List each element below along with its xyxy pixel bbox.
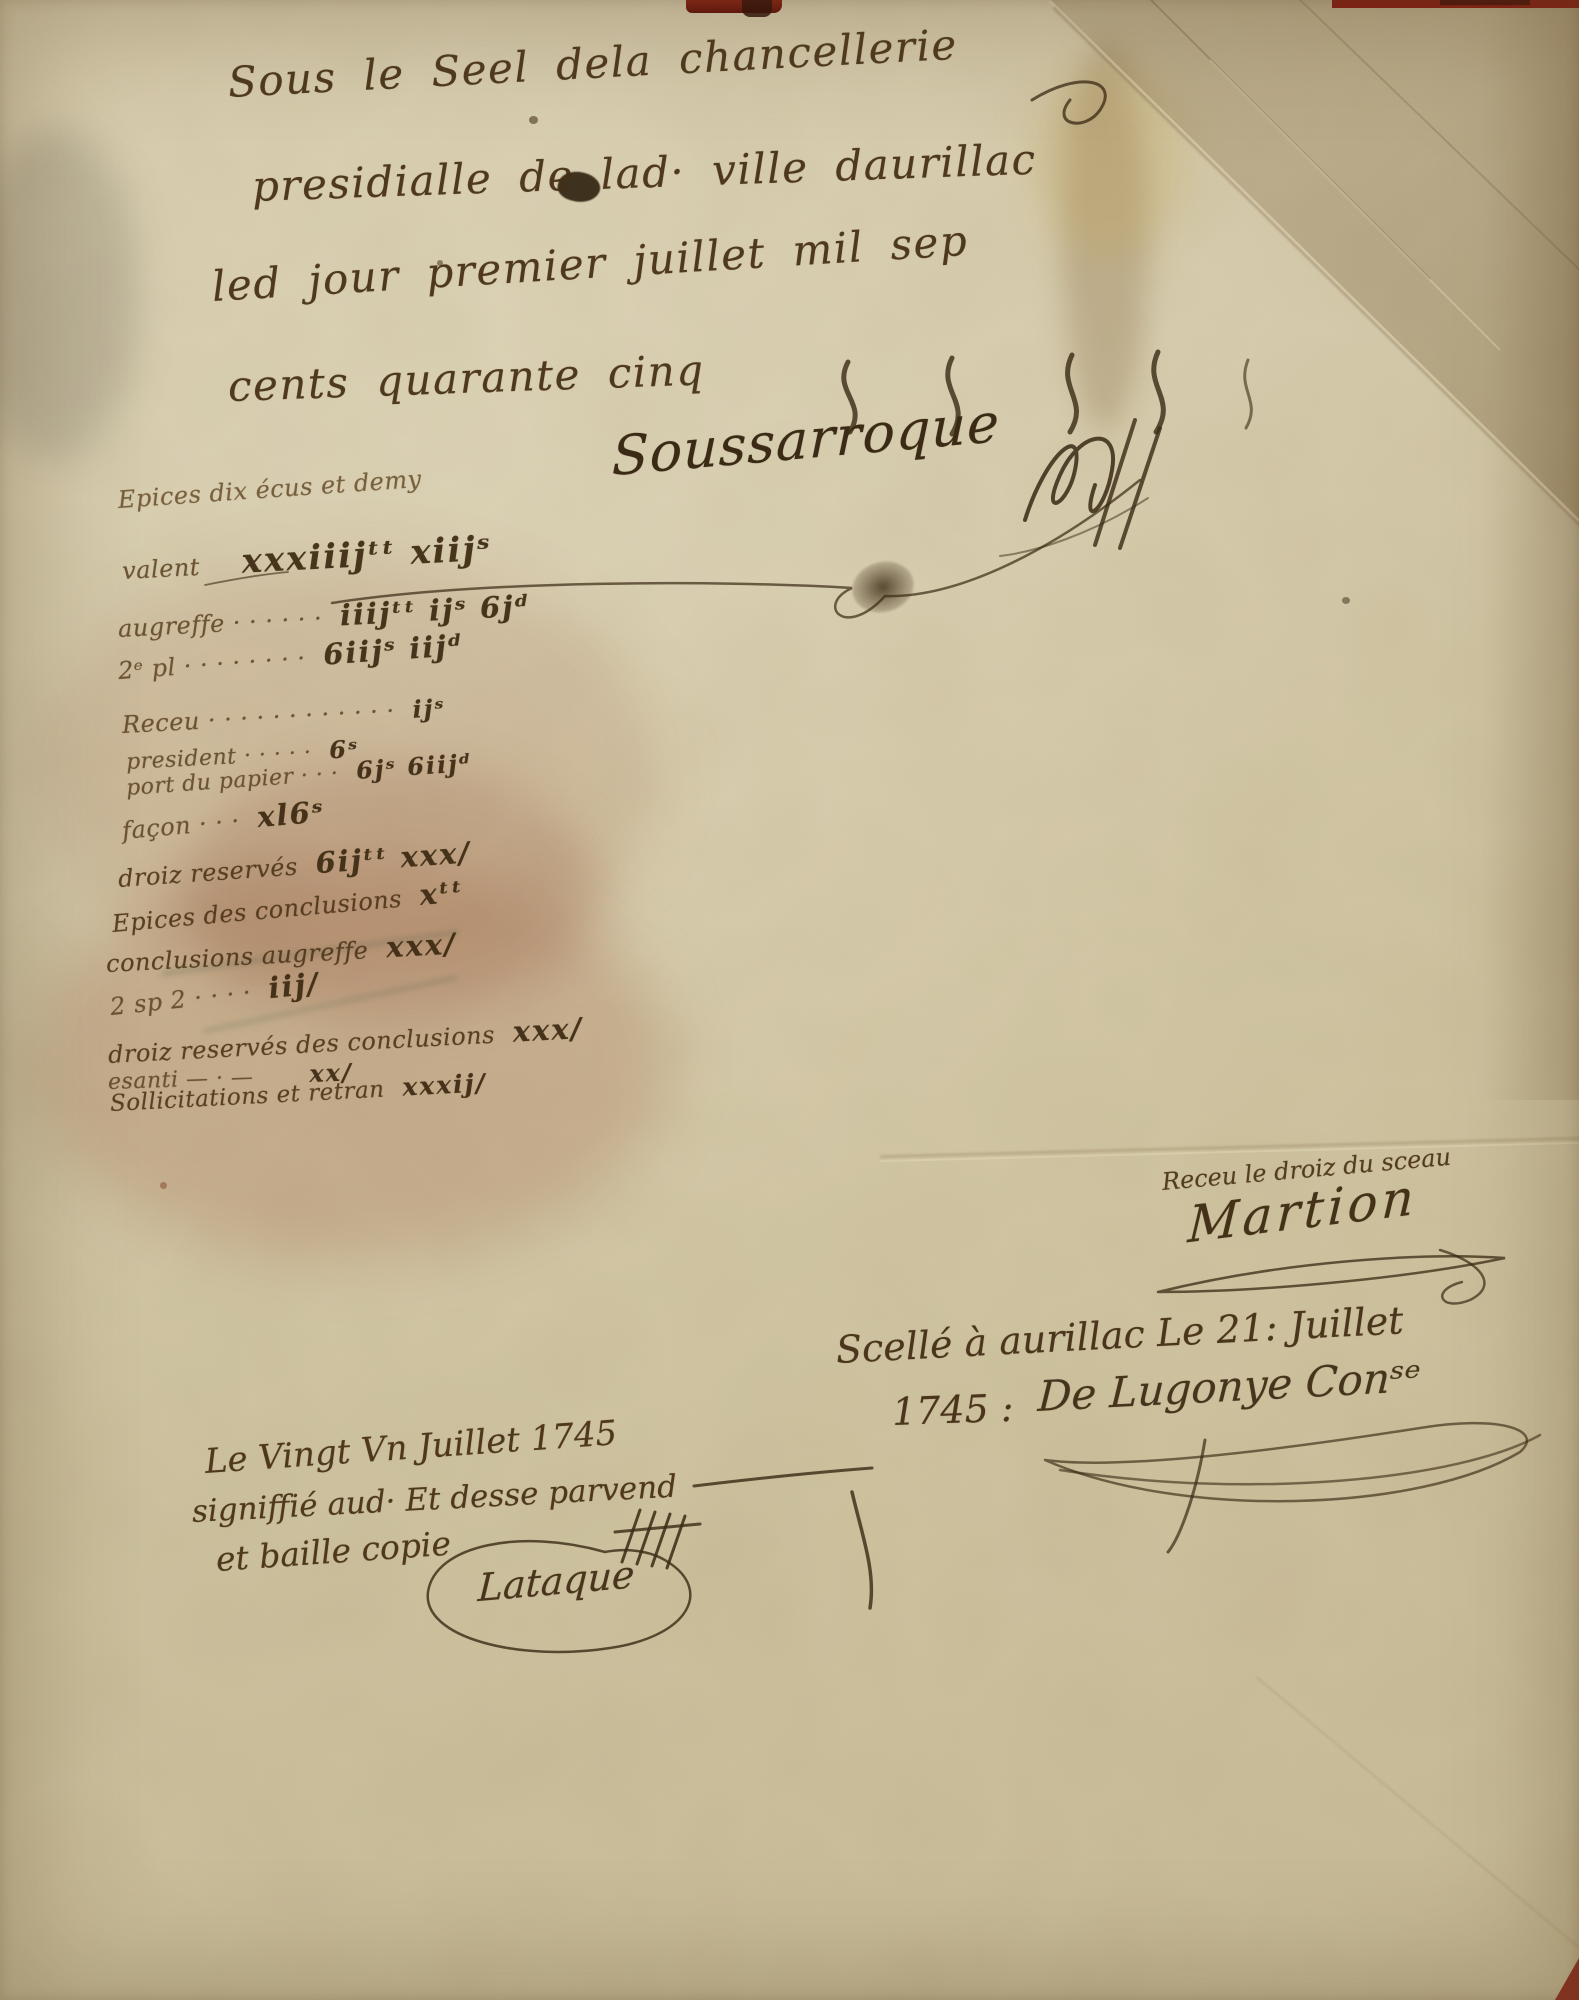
right-edge-shade <box>1480 0 1579 1100</box>
fee-row: augreffe · · · · · ·iiijᵗᵗ ijˢ 6jᵈ <box>117 588 532 644</box>
fold-crease <box>1209 59 1500 350</box>
fee-value: xxx/ <box>385 927 457 965</box>
parchment-page: Sous le Seel dela chancellerie presidial… <box>0 0 1579 2000</box>
red-edge-top-right <box>1332 0 1579 8</box>
sealing-line: 1745 : <box>891 1386 1014 1434</box>
header-line: cents quarante cinq <box>227 345 705 411</box>
ink-spot <box>1342 597 1350 604</box>
fee-label: augreffe · · · · · · <box>117 604 323 643</box>
ink-stain-oval <box>847 555 920 619</box>
fee-label: valent <box>121 553 200 585</box>
fee-value: 6ijᵗᵗ xxx/ <box>314 835 472 880</box>
fee-label: droiz reservés <box>117 852 298 892</box>
header-line: led jour premier juillet mil sep <box>211 216 970 311</box>
fee-label: conclusions augreffe <box>105 936 369 978</box>
fee-label: Epices dix écus et demy <box>117 465 422 514</box>
header-line: presidialle de lad· ville daurillac <box>251 135 1037 211</box>
fee-value: xxxiiijᵗᵗ xiijˢ <box>241 529 493 582</box>
clerk-signature: Soussarroque <box>611 391 1000 488</box>
ink-spot <box>160 1182 167 1189</box>
fee-value: iij/ <box>267 966 321 1005</box>
fee-value: 6jˢ 6iijᵈ <box>355 748 474 785</box>
crease <box>880 1137 1579 1158</box>
fee-label: façon · · · <box>121 807 241 845</box>
service-note-signature: Lataque <box>477 1552 636 1610</box>
fee-value: 6iijˢ iijᵈ <box>322 628 465 672</box>
fee-row: Epices dix écus et demy <box>117 464 440 514</box>
fold-crease <box>1048 0 1579 522</box>
fee-value: xxxij/ <box>402 1068 488 1101</box>
yellow-stain <box>1030 60 1190 260</box>
tan-streak <box>1062 42 1148 432</box>
fee-value: xl6ˢ <box>256 794 327 834</box>
header-line: Sous le Seel dela chancellerie <box>227 20 959 107</box>
sealer-signature: De Lugonye Conˢᵉ <box>1037 1352 1422 1421</box>
fee-row: façon · · ·xl6ˢ <box>121 794 327 846</box>
service-note-line: Le Vingt Vn Juillet 1745 <box>204 1413 619 1482</box>
gray-smudge <box>0 130 140 460</box>
crease <box>880 1142 1579 1162</box>
fold-crease <box>1299 0 1579 271</box>
fee-label: 2ᵉ pl · · · · · · · · <box>117 644 306 685</box>
fee-value: xᵗᵗ <box>418 874 466 912</box>
fee-label: Receu · · · · · · · · · · · · <box>121 697 395 739</box>
fee-value: xxx/ <box>512 1011 584 1049</box>
fold-crease <box>1149 0 1430 280</box>
red-edge-top <box>686 0 782 13</box>
fee-label: Epices des conclusions <box>111 885 403 938</box>
fee-row: Receu · · · · · · · · · · · ·ijˢ <box>121 693 446 739</box>
red-edge-top-right-dark <box>1440 0 1530 5</box>
fee-row: valentxxxiiijᵗᵗ xiijˢ <box>121 529 493 588</box>
fold-crease <box>1052 6 1579 528</box>
red-edge-corner <box>1555 1958 1579 2000</box>
fee-value: iiijᵗᵗ ijˢ 6jᵈ <box>339 588 532 632</box>
red-edge-top-dark <box>742 0 772 17</box>
crease <box>1256 1676 1579 1986</box>
service-note-line: et baille copie <box>215 1524 452 1579</box>
fee-value: ijˢ <box>412 693 447 724</box>
fee-label: 2 sp 2 · · · · <box>109 978 253 1021</box>
ink-spot <box>529 116 538 124</box>
